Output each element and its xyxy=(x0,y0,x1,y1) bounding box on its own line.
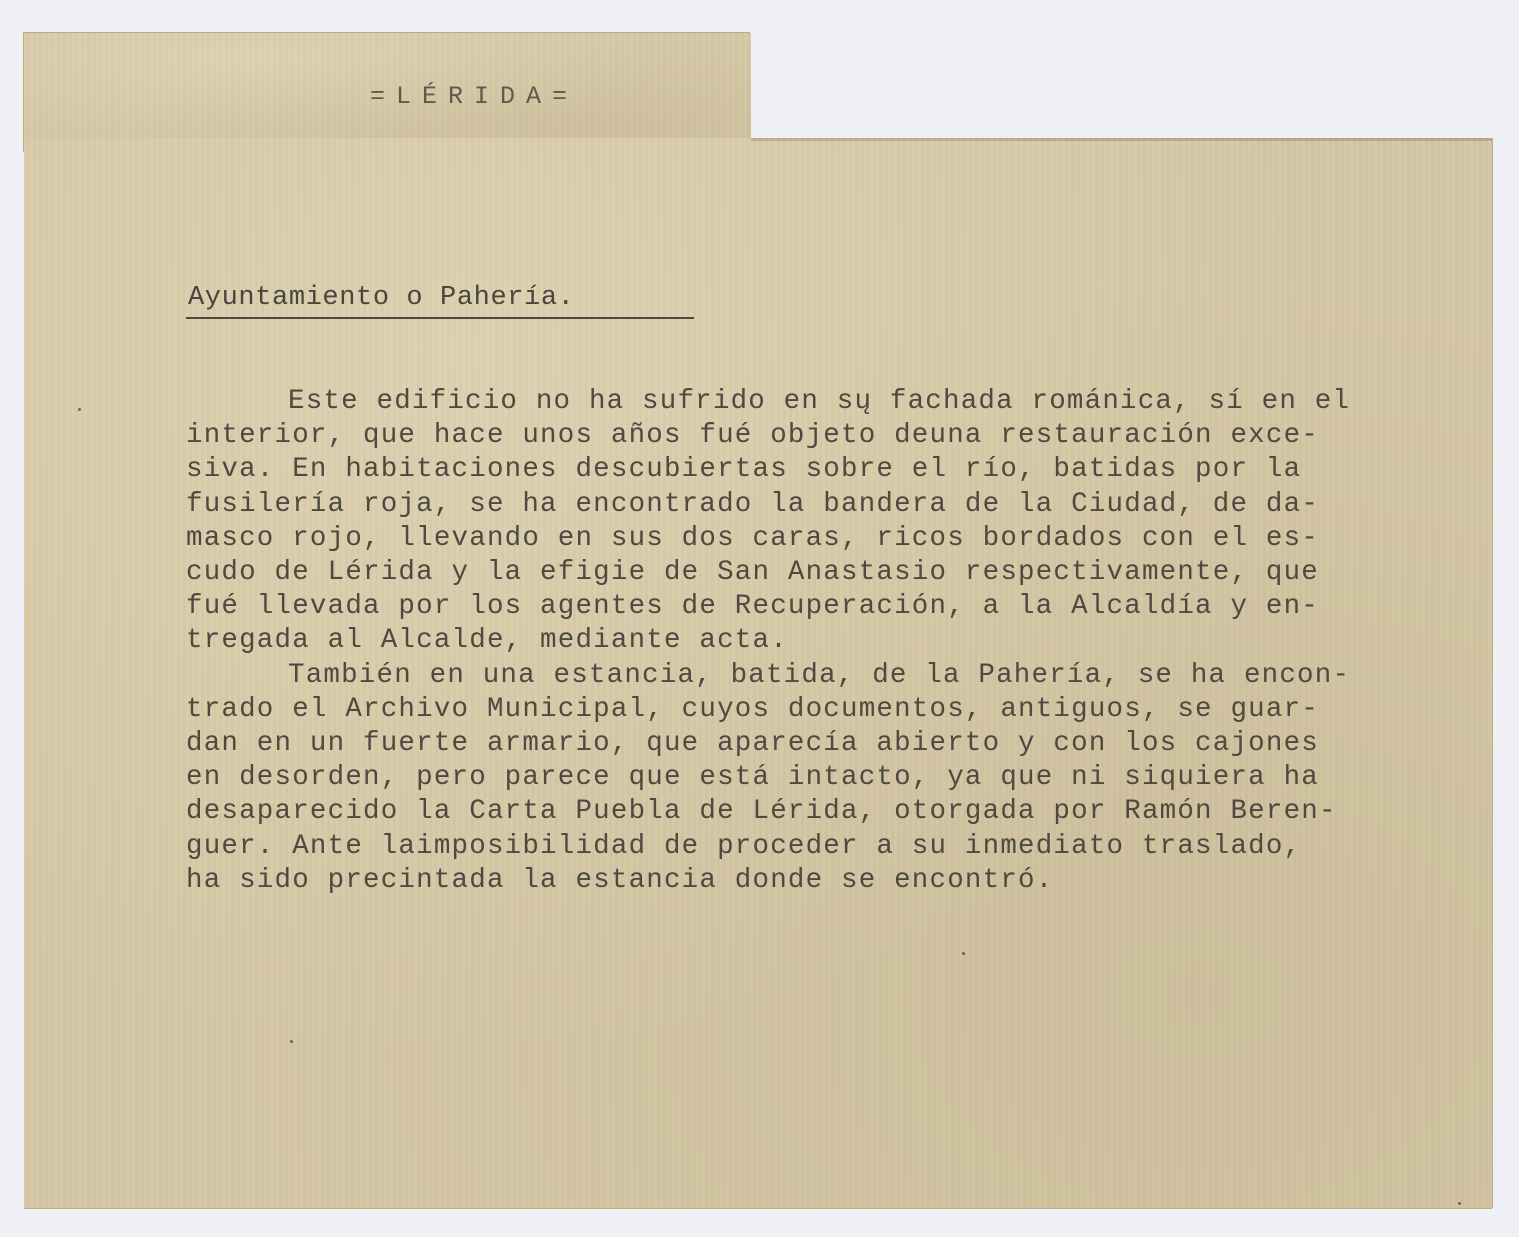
text-line: en desorden, pero parece que está intact… xyxy=(186,761,1496,795)
document-body: Este edificio no ha sufrido en sų fachad… xyxy=(186,385,1496,898)
text-line: cudo de Lérida y la efigie de San Anasta… xyxy=(186,556,1496,590)
text-line: fusilería roja, se ha encontrado la band… xyxy=(186,488,1496,522)
heading-underline xyxy=(186,317,694,319)
section-heading: Ayuntamiento o Pahería. xyxy=(188,283,574,313)
text-line: siva. En habitaciones descubiertas sobre… xyxy=(186,453,1496,487)
text-line: dan en un fuerte armario, que aparecía a… xyxy=(186,727,1496,761)
paper-speck xyxy=(290,1040,293,1043)
text-line: masco rojo, llevando en sus dos caras, r… xyxy=(186,522,1496,556)
paragraph-1: Este edificio no ha sufrido en sų fachad… xyxy=(186,385,1496,659)
text-line: Este edificio no ha sufrido en sų fachad… xyxy=(186,385,1496,419)
paper-speck xyxy=(1458,1202,1461,1205)
text-line: fué llevada por los agentes de Recuperac… xyxy=(186,590,1496,624)
document-title: =LÉRIDA= xyxy=(370,82,578,111)
text-line: interior, que hace unos años fué objeto … xyxy=(186,419,1496,453)
text-line: desaparecido la Carta Puebla de Lérida, … xyxy=(186,795,1496,829)
text-line: También en una estancia, batida, de la P… xyxy=(186,659,1496,693)
text-line: guer. Ante laimposibilidad de proceder a… xyxy=(186,830,1496,864)
text-line: tregada al Alcalde, mediante acta. xyxy=(186,624,1496,658)
paragraph-2: También en una estancia, batida, de la P… xyxy=(186,659,1496,898)
paper-speck xyxy=(962,952,965,955)
text-line: trado el Archivo Municipal, cuyos docume… xyxy=(186,693,1496,727)
text-line: ha sido precintada la estancia donde se … xyxy=(186,864,1496,898)
paper-speck xyxy=(78,408,81,411)
